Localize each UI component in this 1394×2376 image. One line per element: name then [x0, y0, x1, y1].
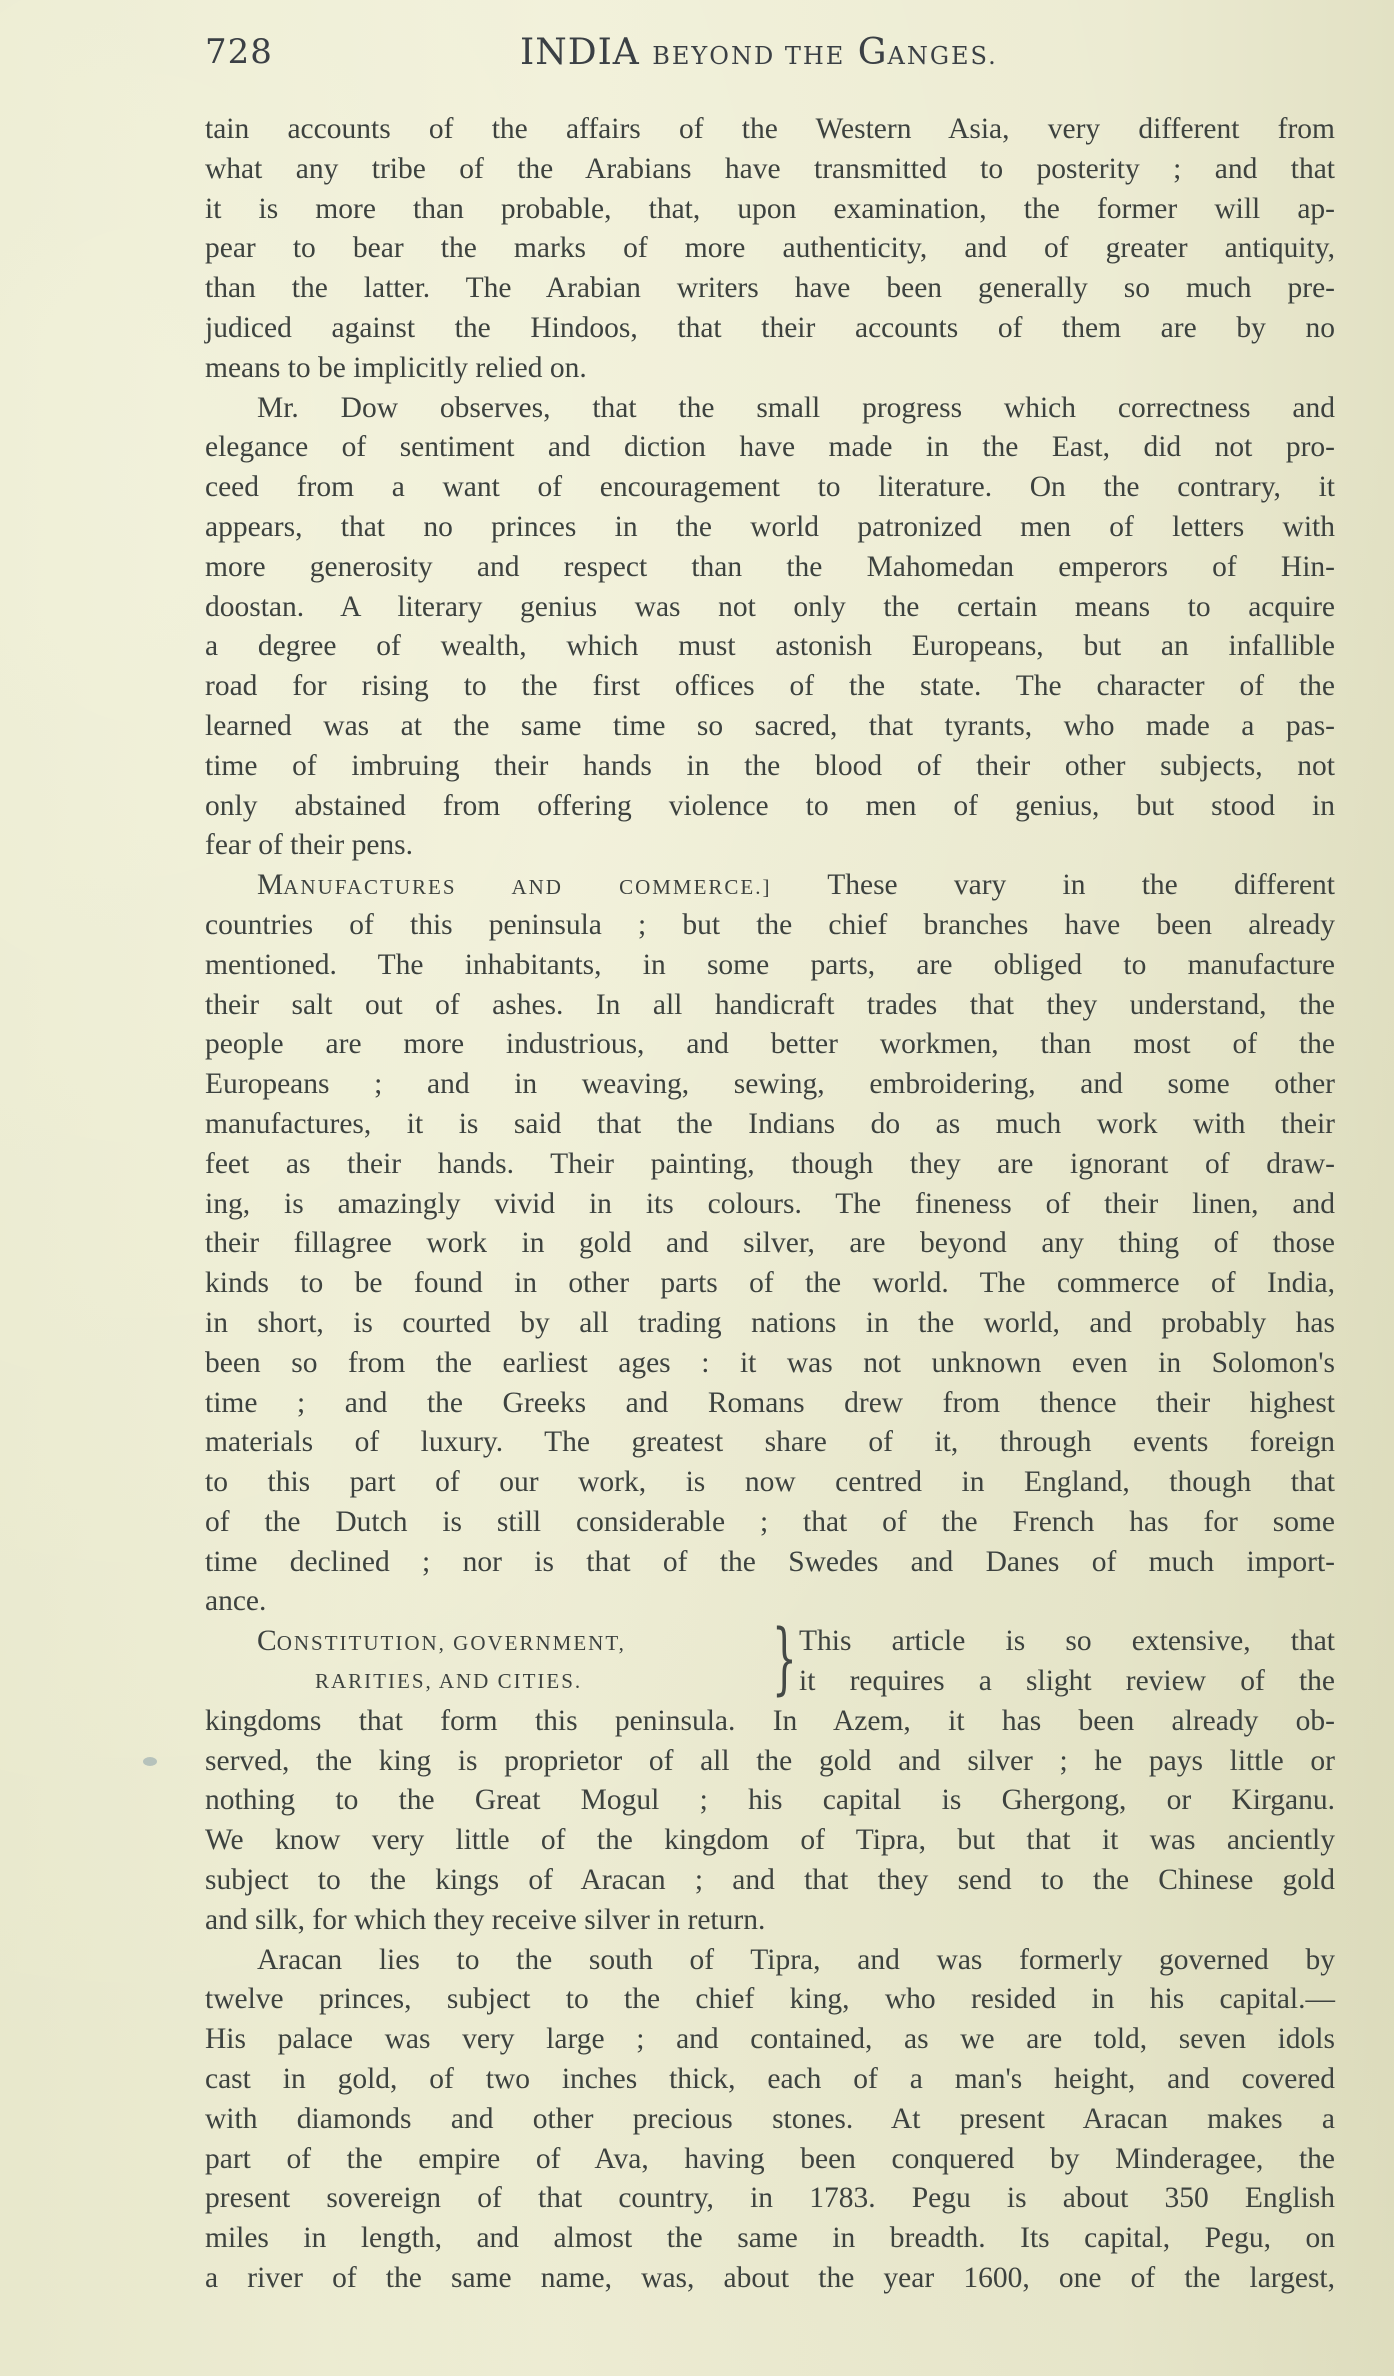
section-heading-constitution: CONSTITUTION, GOVERNMENT, RARITIES, AND …	[205, 1622, 1335, 1702]
text-line: materials of luxury. The greatest share …	[205, 1423, 1335, 1463]
running-title-main: INDIA	[520, 32, 640, 73]
text-line: tain accounts of the affairs of the West…	[205, 110, 1335, 150]
side-heading: CONSTITUTION, GOVERNMENT, RARITIES, AND …	[205, 1622, 765, 1702]
text-line: kingdoms that form this peninsula. In Az…	[205, 1702, 1335, 1742]
text-line: pear to bear the marks of more authentic…	[205, 229, 1335, 269]
text-line: than the latter. The Arabian writers hav…	[205, 269, 1335, 309]
text-line: We know very little of the kingdom of Ti…	[205, 1821, 1335, 1861]
text-line: subject to the kings of Aracan ; and tha…	[205, 1861, 1335, 1901]
text-line: ing, is amazingly vivid in its colours. …	[205, 1185, 1335, 1225]
text-line: to this part of our work, is now centred…	[205, 1463, 1335, 1503]
text-line: nothing to the Great Mogul ; his capital…	[205, 1781, 1335, 1821]
text-line: served, the king is proprietor of all th…	[205, 1742, 1335, 1782]
ink-speck	[143, 1757, 157, 1766]
text-line: countries of this peninsula ; but the ch…	[205, 906, 1335, 946]
text-line: This article is so extensive, that	[793, 1622, 1335, 1662]
running-head: 728 INDIA BEYOND THE GANGES.	[205, 32, 1335, 82]
text-line: Europeans ; and in weaving, sewing, embr…	[205, 1065, 1335, 1105]
section-heading-line: MANUFACTURES AND COMMERCE.] These vary i…	[205, 866, 1335, 906]
section-heading-manufactures: MANUFACTURES AND COMMERCE.]	[257, 875, 772, 899]
text-line: judiced against the Hindoos, that their …	[205, 309, 1335, 349]
text-line: kinds to be found in other parts of the …	[205, 1264, 1335, 1304]
running-title-small: BEYOND THE	[652, 42, 845, 70]
text-line: manufactures, it is said that the Indian…	[205, 1105, 1335, 1145]
text-line: cast in gold, of two inches thick, each …	[205, 2060, 1335, 2100]
text-line: ance.	[205, 1582, 1335, 1622]
body-text: tain accounts of the affairs of the West…	[205, 110, 1335, 2299]
text-line: of the Dutch is still considerable ; tha…	[205, 1503, 1335, 1543]
text-line: in short, is courted by all trading nati…	[205, 1304, 1335, 1344]
running-title: INDIA BEYOND THE GANGES.	[520, 32, 998, 73]
text-line: feet as their hands. Their painting, tho…	[205, 1145, 1335, 1185]
text-line: time declined ; nor is that of the Swede…	[205, 1543, 1335, 1583]
text-line: His palace was very large ; and containe…	[205, 2020, 1335, 2060]
text-line: more generosity and respect than the Mah…	[205, 548, 1335, 588]
text-line: fear of their pens.	[205, 826, 1335, 866]
text-line: Mr. Dow observes, that the small progres…	[205, 389, 1335, 429]
text-line: with diamonds and other precious stones.…	[205, 2100, 1335, 2140]
book-page: 728 INDIA BEYOND THE GANGES. tain accoun…	[0, 0, 1394, 2376]
brace-icon: }	[772, 1624, 786, 1702]
text-line: part of the empire of Ava, having been c…	[205, 2140, 1335, 2180]
text-line: mentioned. The inhabitants, in some part…	[205, 946, 1335, 986]
text-line: miles in length, and almost the same in …	[205, 2219, 1335, 2259]
text-line: their salt out of ashes. In all handicra…	[205, 986, 1335, 1026]
running-title-cap: G	[858, 32, 888, 73]
text-line: appears, that no princes in the world pa…	[205, 508, 1335, 548]
text-line: and silk, for which they receive silver …	[205, 1901, 1335, 1941]
text-line: their fillagree work in gold and silver,…	[205, 1224, 1335, 1264]
text-line: a river of the same name, was, about the…	[205, 2259, 1335, 2299]
text-line: learned was at the same time so sacred, …	[205, 707, 1335, 747]
text-line: what any tribe of the Arabians have tran…	[205, 150, 1335, 190]
text-line: only abstained from offering violence to…	[205, 787, 1335, 827]
text-line: doostan. A literary genius was not only …	[205, 588, 1335, 628]
text-line: means to be implicitly relied on.	[205, 349, 1335, 389]
text-line: road for rising to the first offices of …	[205, 667, 1335, 707]
text-line: it is more than probable, that, upon exa…	[205, 190, 1335, 230]
text-line: present sovereign of that country, in 17…	[205, 2179, 1335, 2219]
text-line: time ; and the Greeks and Romans drew fr…	[205, 1384, 1335, 1424]
text-line: Aracan lies to the south of Tipra, and w…	[205, 1941, 1335, 1981]
text-line: time of imbruing their hands in the bloo…	[205, 747, 1335, 787]
text-line: elegance of sentiment and diction have m…	[205, 428, 1335, 468]
text-line: people are more industrious, and better …	[205, 1025, 1335, 1065]
page-number: 728	[205, 32, 273, 72]
text-line: a degree of wealth, which must astonish …	[205, 627, 1335, 667]
text-line: ceed from a want of encouragement to lit…	[205, 468, 1335, 508]
text-line: twelve princes, subject to the chief kin…	[205, 1980, 1335, 2020]
text-line: been so from the earliest ages : it was …	[205, 1344, 1335, 1384]
text-line: it requires a slight review of the	[793, 1662, 1335, 1702]
running-title-end: ANGES.	[888, 42, 998, 70]
